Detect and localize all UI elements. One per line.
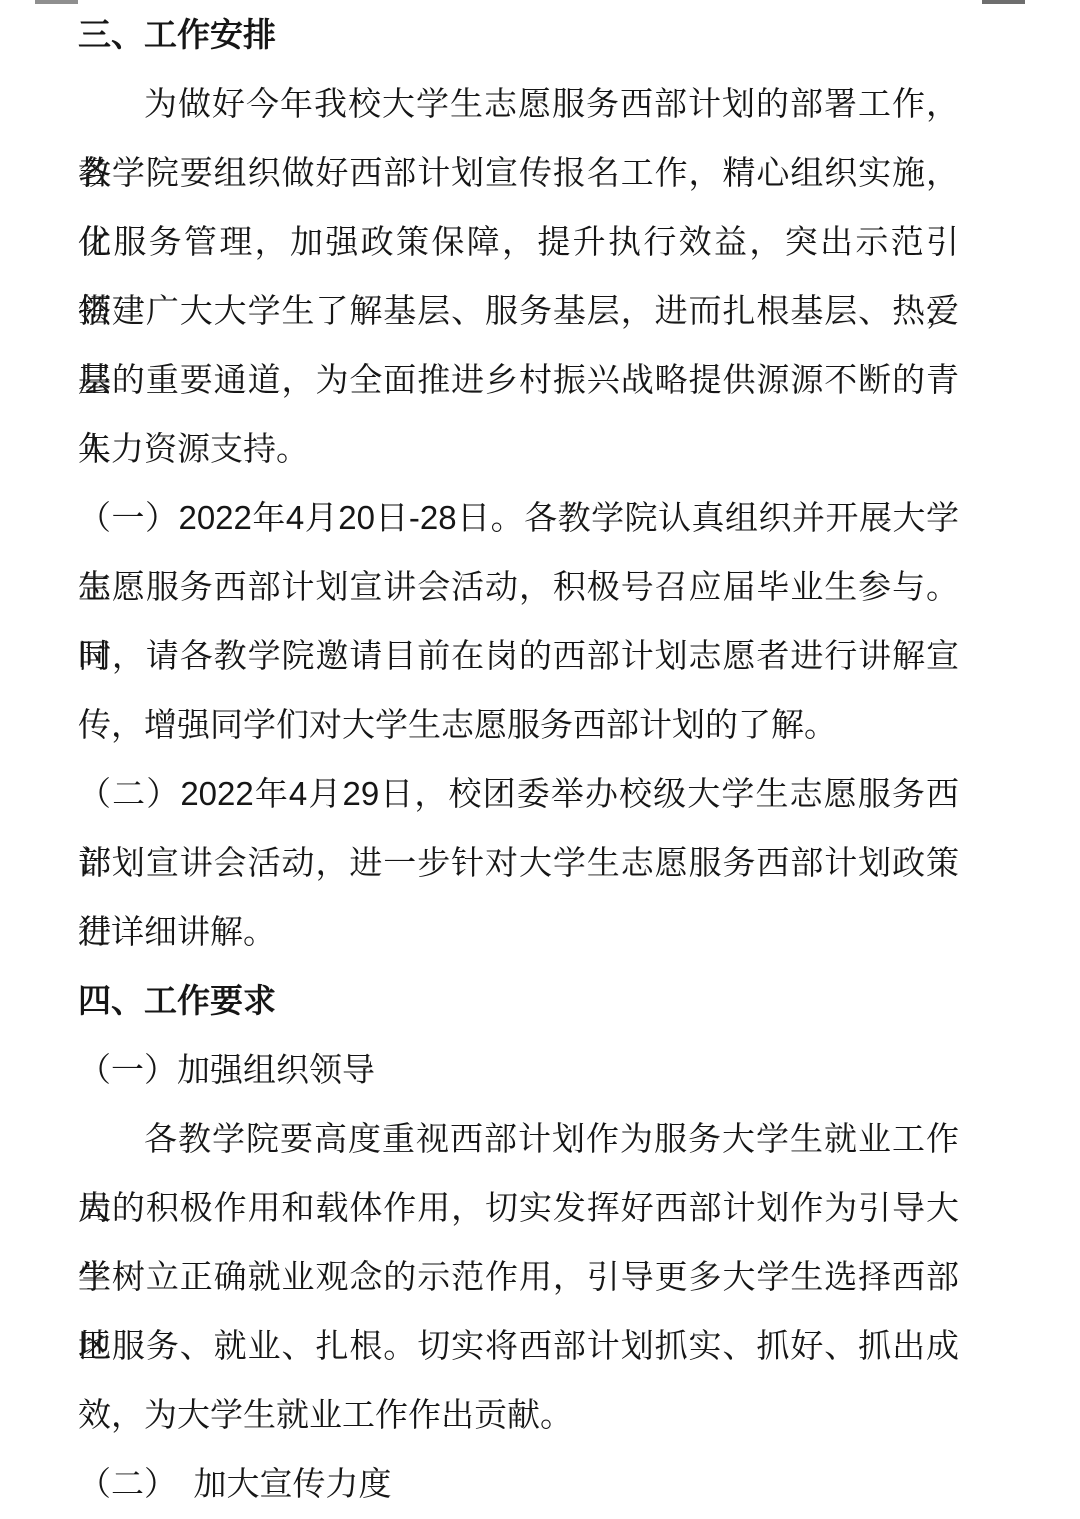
paragraph-line: 生树立正确就业观念的示范作用，引导更多大学生选择西部地 <box>78 1242 959 1311</box>
paragraph-line: 计划宣讲会活动，进一步针对大学生志愿服务西部计划政策进 <box>78 828 959 897</box>
paragraph-line: 化服务管理，加强政策保障，提升执行效益，突出示范引领， <box>78 207 959 276</box>
subsection-heading-increase-publicity: （二） 加大宣传力度 <box>78 1449 959 1518</box>
paragraph-line: 搭建广大大学生了解基层、服务基层，进而扎根基层、热爱基 <box>78 276 959 345</box>
paragraph-line-item-1: （一）2022年4月20日-28日。各教学院认真组织并开展大学生 <box>78 483 959 552</box>
section-heading-work-requirements: 四、工作要求 <box>78 966 959 1035</box>
paragraph-line: 时，请各教学院邀请目前在岗的西部计划志愿者进行讲解宣 <box>78 621 959 690</box>
paragraph-line: 人力资源支持。 <box>78 414 959 483</box>
cropped-text-fragment-left <box>35 0 78 4</box>
document-body: 三、工作安排 为做好今年我校大学生志愿服务西部计划的部署工作，各 教学院要组织做… <box>78 0 959 1518</box>
cropped-text-fragment-right <box>982 0 1025 4</box>
paragraph-line: 志愿服务西部计划宣讲会活动，积极号召应届毕业生参与。同 <box>78 552 959 621</box>
paragraph-line: 为做好今年我校大学生志愿服务西部计划的部署工作，各 <box>78 69 959 138</box>
paragraph-line: 局的积极作用和载体作用，切实发挥好西部计划作为引导大学 <box>78 1173 959 1242</box>
paragraph-line: 传，增强同学们对大学生志愿服务西部计划的了解。 <box>78 690 959 759</box>
paragraph-line: 行详细讲解。 <box>78 897 959 966</box>
paragraph-line: 效，为大学生就业工作作出贡献。 <box>78 1380 959 1449</box>
paragraph-line: 区服务、就业、扎根。切实将西部计划抓实、抓好、抓出成 <box>78 1311 959 1380</box>
section-heading-work-arrangement: 三、工作安排 <box>78 0 959 69</box>
subsection-heading-strengthen-leadership: （一）加强组织领导 <box>78 1035 959 1104</box>
paragraph-line-item-2: （二）2022年4月29日，校团委举办校级大学生志愿服务西部 <box>78 759 959 828</box>
paragraph-line: 教学院要组织做好西部计划宣传报名工作，精心组织实施，优 <box>78 138 959 207</box>
paragraph-line: 各教学院要高度重视西部计划作为服务大学生就业工作大 <box>78 1104 959 1173</box>
document-page: 三、工作安排 为做好今年我校大学生志愿服务西部计划的部署工作，各 教学院要组织做… <box>0 0 1080 1519</box>
paragraph-line: 层的重要通道，为全面推进乡村振兴战略提供源源不断的青年 <box>78 345 959 414</box>
